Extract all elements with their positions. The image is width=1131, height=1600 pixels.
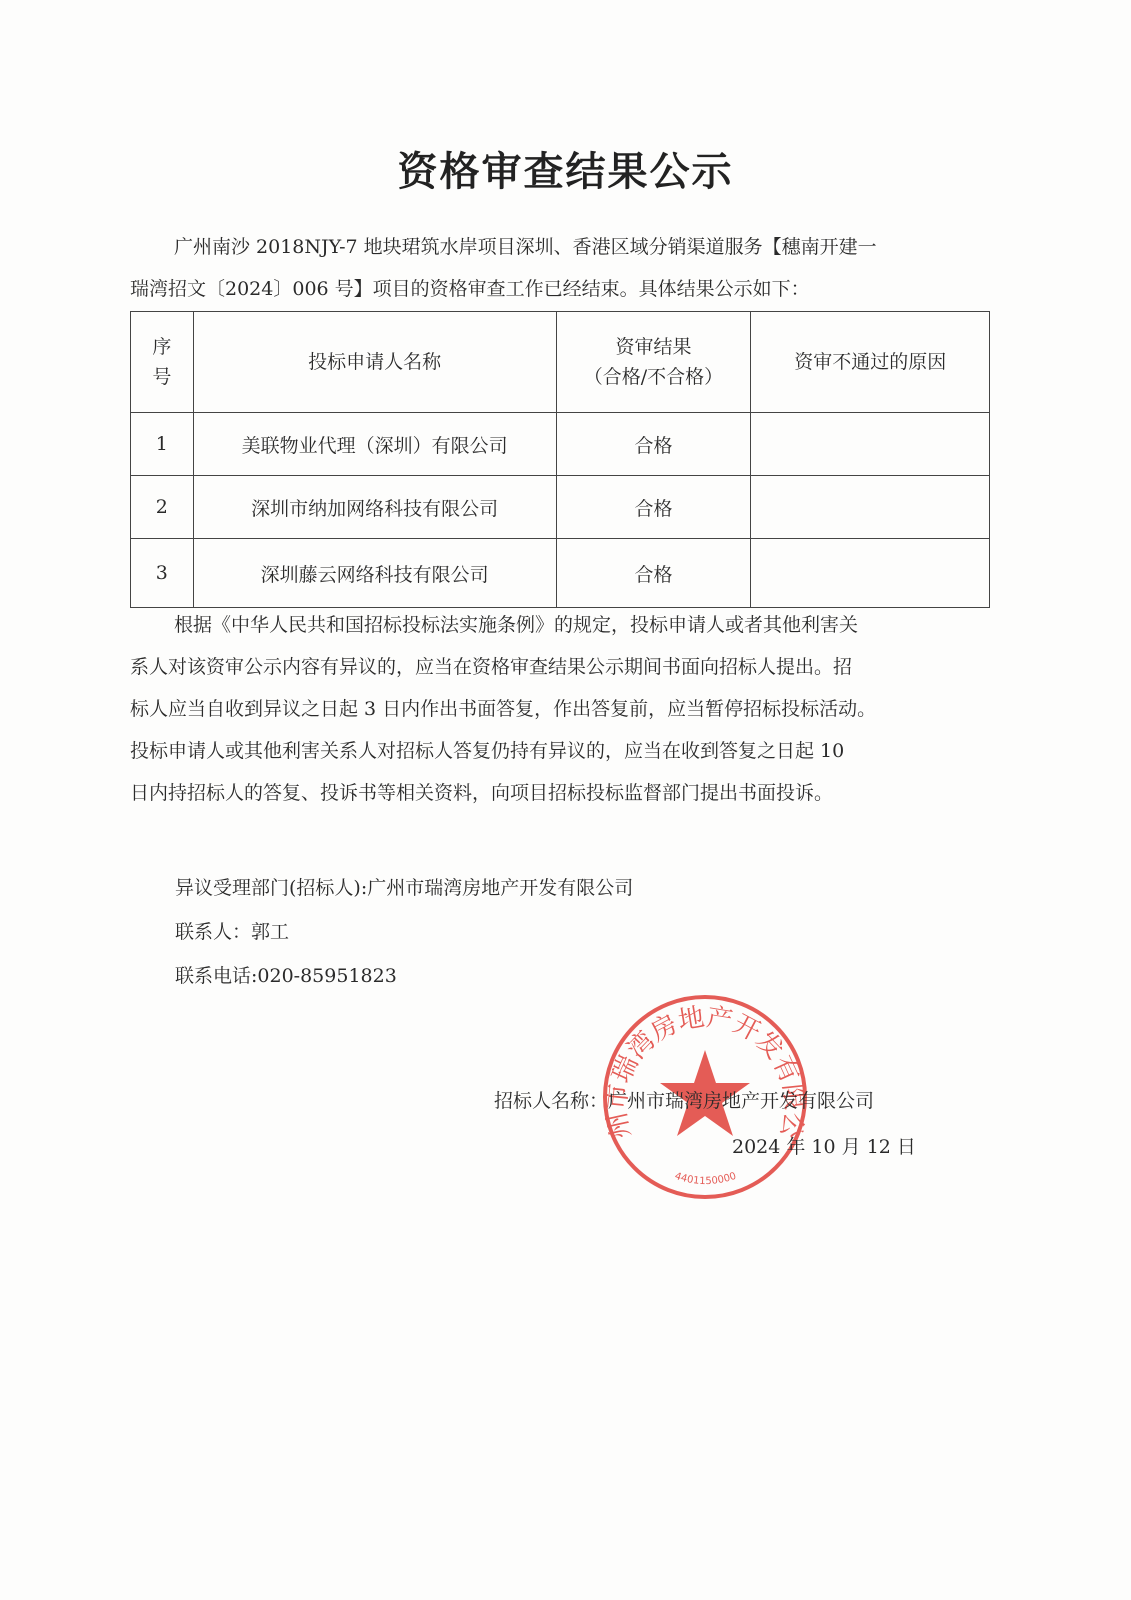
notice-line: 日内持招标人的答复、投诉书等相关资料，向项目招标投标监督部门提出书面投诉。	[130, 772, 980, 814]
contact-phone: 联系电话:020-85951823	[175, 954, 633, 998]
row-result: 合格	[556, 539, 751, 608]
intro-line: 广州南沙 2018NJY-7 地块珺筑水岸项目深圳、香港区域分销渠道服务【穗南开…	[130, 226, 990, 268]
row-name: 深圳市纳加网络科技有限公司	[193, 476, 556, 539]
notice-line: 投标申请人或其他利害关系人对招标人答复仍持有异议的，应当在收到答复之日起 10	[130, 730, 980, 772]
signature-date: 2024 年 10 月 12 日	[732, 1132, 916, 1159]
notice-line: 系人对该资审公示内容有异议的，应当在资格审查结果公示期间书面向招标人提出。招	[130, 646, 980, 688]
header-reason: 资审不通过的原因	[751, 312, 990, 413]
svg-text:4401150000: 4401150000	[673, 1171, 738, 1187]
row-index: 2	[131, 476, 194, 539]
table-row: 2 深圳市纳加网络科技有限公司 合格	[131, 476, 990, 539]
contact-block: 异议受理部门(招标人):广州市瑞湾房地产开发有限公司 联系人：郭工 联系电话:0…	[175, 866, 633, 998]
tenderer-name: 招标人名称：广州市瑞湾房地产开发有限公司	[494, 1086, 874, 1113]
notice-line: 根据《中华人民共和国招标投标法实施条例》的规定，投标申请人或者其他利害关	[130, 604, 980, 646]
header-name: 投标申请人名称	[193, 312, 556, 413]
notice-paragraph: 根据《中华人民共和国招标投标法实施条例》的规定，投标申请人或者其他利害关 系人对…	[130, 604, 980, 814]
intro-paragraph: 广州南沙 2018NJY-7 地块珺筑水岸项目深圳、香港区域分销渠道服务【穗南开…	[130, 226, 990, 310]
page-title: 资格审查结果公示	[0, 140, 1131, 197]
document-page: 资格审查结果公示 广州南沙 2018NJY-7 地块珺筑水岸项目深圳、香港区域分…	[0, 0, 1131, 1600]
row-reason	[751, 539, 990, 608]
row-reason	[751, 476, 990, 539]
table-row: 3 深圳藤云网络科技有限公司 合格	[131, 539, 990, 608]
objection-department: 异议受理部门(招标人):广州市瑞湾房地产开发有限公司	[175, 866, 633, 910]
table-row: 1 美联物业代理（深圳）有限公司 合格	[131, 413, 990, 476]
notice-line: 标人应当自收到异议之日起 3 日内作出书面答复，作出答复前，应当暂停招标投标活动…	[130, 688, 980, 730]
table-header-row: 序号 投标申请人名称 资审结果 （合格/不合格） 资审不通过的原因	[131, 312, 990, 413]
contact-person: 联系人：郭工	[175, 910, 633, 954]
row-index: 1	[131, 413, 194, 476]
row-result: 合格	[556, 476, 751, 539]
header-index: 序号	[131, 312, 194, 413]
intro-line: 瑞湾招文〔2024〕006 号】项目的资格审查工作已经结束。具体结果公示如下：	[130, 268, 990, 310]
row-index: 3	[131, 539, 194, 608]
row-result: 合格	[556, 413, 751, 476]
row-reason	[751, 413, 990, 476]
row-name: 深圳藤云网络科技有限公司	[193, 539, 556, 608]
row-name: 美联物业代理（深圳）有限公司	[193, 413, 556, 476]
results-table: 序号 投标申请人名称 资审结果 （合格/不合格） 资审不通过的原因 1 美联物业…	[130, 311, 990, 608]
header-result: 资审结果 （合格/不合格）	[556, 312, 751, 413]
